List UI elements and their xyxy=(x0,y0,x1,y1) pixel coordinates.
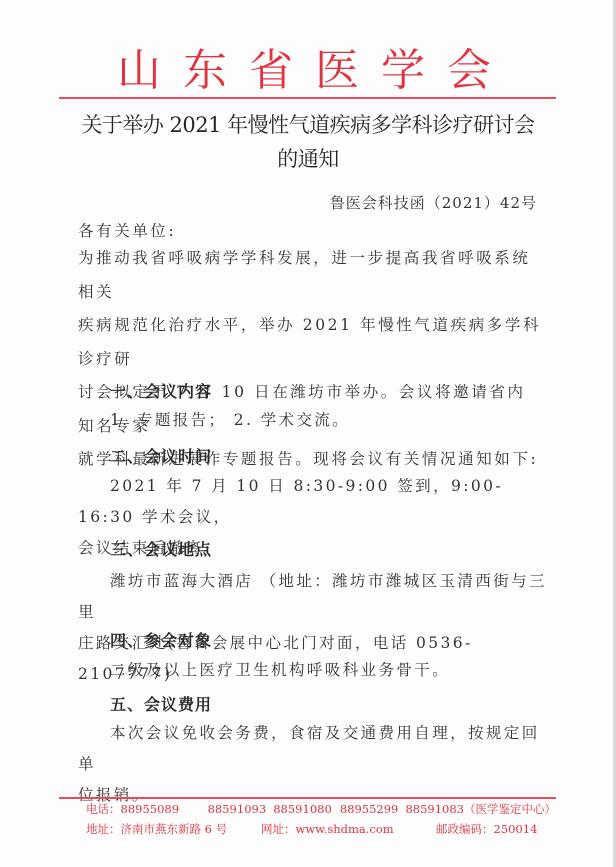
section-heading-fees: 五、会议费用 xyxy=(110,692,212,715)
section-line: 潍坊市蓝海大酒店 （地址：潍坊市潍城区玉清西街与三里 xyxy=(78,566,548,628)
footer-phone-5: 88591083（医学鉴定中心） xyxy=(405,799,556,819)
title-line-1: 关于举办 2021 年慢性气道疾病多学科诊疗研讨会 xyxy=(60,108,556,142)
intro-line: 为推动我省呼吸病学学科发展，进一步提高我省呼吸系统相关 xyxy=(78,242,543,309)
intro-paragraph: 为推动我省呼吸病学学科发展，进一步提高我省呼吸系统相关 疾病规范化治疗水平，举办… xyxy=(78,242,543,477)
section-heading-content: 一、会议内容 xyxy=(110,379,212,402)
section-line: 2021 年 7 月 10 日 8:30-9:00 签到，9:00-16:30 … xyxy=(78,471,548,533)
footer-phone-2: 88591093 xyxy=(208,799,274,819)
footer-phone-3: 88591080 xyxy=(273,799,340,819)
reference-number: 鲁医会科技函（2021）42号 xyxy=(330,192,537,213)
section-heading-attendees: 四、参会对象 xyxy=(110,628,212,651)
title-line-2: 的通知 xyxy=(60,142,556,176)
footer-postcode: 邮政编码：250014 xyxy=(436,819,537,839)
footer-phone-4: 88955299 xyxy=(340,799,406,819)
document-title: 关于举办 2021 年慢性气道疾病多学科诊疗研讨会 的通知 xyxy=(60,108,556,176)
document-page: 山东省医学会 关于举办 2021 年慢性气道疾病多学科诊疗研讨会 的通知 鲁医会… xyxy=(0,0,616,867)
phone-label: 电话： xyxy=(86,799,121,819)
section-line: 本次会议免收会务费，食宿及交通费用自理，按规定回单 xyxy=(78,718,548,780)
section-line: 1. 专题报告； 2. 学术交流。 xyxy=(78,405,548,436)
section-heading-time: 二、会议时间 xyxy=(110,444,212,467)
letterhead-divider xyxy=(59,97,556,99)
section-body-attendees: 二级及以上医疗卫生机构呼吸科业务骨干。 xyxy=(78,655,548,686)
section-line: 二级及以上医疗卫生机构呼吸科业务骨干。 xyxy=(78,655,548,686)
letterhead-organization: 山东省医学会 xyxy=(0,46,616,96)
phone-number: 88955089 xyxy=(121,799,180,819)
footer-address-row: 地址：济南市燕东新路 6 号 网址：www.shdma.com 邮政编码：250… xyxy=(86,819,556,839)
footer-phone-1: 电话：88955089 xyxy=(86,799,208,819)
intro-line: 疾病规范化治疗水平，举办 2021 年慢性气道疾病多学科诊疗研 xyxy=(78,309,543,376)
footer-address: 地址：济南市燕东新路 6 号 xyxy=(86,819,261,839)
footer-phone-row: 电话：88955089 88591093 88591080 88955299 8… xyxy=(86,799,556,819)
footer: 电话：88955089 88591093 88591080 88955299 8… xyxy=(86,799,556,839)
section-body-content: 1. 专题报告； 2. 学术交流。 xyxy=(78,405,548,436)
section-heading-location: 三、会议地点 xyxy=(110,537,212,560)
footer-website[interactable]: 网址：www.shdma.com xyxy=(261,819,436,839)
